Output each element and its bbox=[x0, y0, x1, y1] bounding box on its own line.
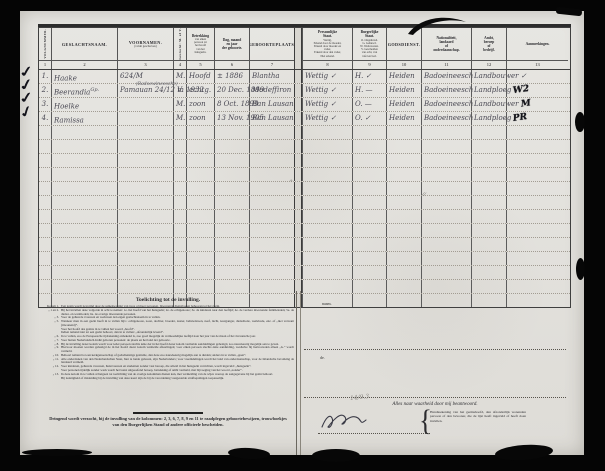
cell-persoonlijke-staat bbox=[302, 266, 352, 279]
col-label: Ambt, beroep of bedrijf. bbox=[483, 36, 494, 53]
card-fold-line bbox=[296, 291, 301, 455]
cell-godsdienst bbox=[386, 196, 421, 209]
cell-voornamen bbox=[117, 154, 173, 167]
col-number: 8 bbox=[303, 60, 352, 69]
cell-persoonlijke-staat bbox=[302, 210, 352, 223]
cell-godsdienst bbox=[386, 154, 421, 167]
cell-geboorteplaats bbox=[249, 196, 294, 209]
cell-nationaliteit bbox=[421, 168, 471, 181]
table-row: 1. Haake 624/M M. Hoofd ± 1886 Blantha W… bbox=[39, 70, 570, 83]
cell-betrekking: Hoofd bbox=[186, 70, 214, 83]
col-sublabel: van elken persoon tot het hoofd van het … bbox=[194, 38, 207, 54]
register-table: VOLGNUMMER. 1 GESLACHTSNAAM. 2 VOORNAMEN… bbox=[38, 27, 571, 308]
col-beroep: Ambt, beroep of bedrijf. 12 bbox=[471, 28, 506, 69]
cell-persoonlijke-staat bbox=[302, 252, 352, 265]
cell-geboorteplaats bbox=[249, 140, 294, 153]
cell-betrekking: echtg. bbox=[186, 84, 214, 97]
cell-geboortedatum bbox=[214, 266, 249, 279]
fold-strip bbox=[294, 168, 302, 181]
col-number: 11 bbox=[422, 60, 471, 69]
table-row bbox=[39, 237, 570, 251]
cell-betrekking bbox=[186, 126, 214, 139]
fold-strip bbox=[294, 252, 302, 265]
cell-aanmerkingen bbox=[506, 294, 568, 307]
cell-geslachtsnaam bbox=[51, 252, 117, 265]
cell-geboorteplaats: Blantha bbox=[249, 70, 294, 83]
col-number: 10 bbox=[387, 60, 421, 69]
fold-strip bbox=[294, 98, 302, 111]
cell-aanmerkingen bbox=[506, 224, 568, 237]
table-row bbox=[39, 251, 570, 265]
cell-nationaliteit bbox=[421, 154, 471, 167]
cell-geslacht: V. bbox=[173, 84, 186, 97]
cell-nationaliteit: Badoeineesch bbox=[421, 70, 471, 83]
scanned-register-card: VOLGNUMMER. 1 GESLACHTSNAAM. 2 VOORNAMEN… bbox=[20, 11, 584, 455]
cell-voornamen bbox=[117, 224, 173, 237]
cell-geboortedatum bbox=[214, 224, 249, 237]
fold-strip bbox=[294, 266, 302, 279]
cell-burgerlijke-staat: O. ✓ bbox=[352, 112, 386, 125]
note-rule bbox=[304, 397, 566, 398]
col-sublabel: O. Ongehuwd. G. Gehuwd. W. Weduwstaat. V… bbox=[360, 39, 379, 58]
table-row bbox=[39, 209, 570, 223]
cell-voornamen bbox=[117, 210, 173, 223]
cell-geboortedatum bbox=[214, 238, 249, 251]
cell-geslacht bbox=[173, 238, 186, 251]
cell-godsdienst bbox=[386, 182, 421, 195]
cell-volgnummer bbox=[39, 140, 51, 153]
col-number: 1 bbox=[39, 60, 51, 69]
signature-note: Handteekening van het gezinshoofd, den a… bbox=[430, 410, 526, 423]
cell-godsdienst bbox=[386, 126, 421, 139]
cell-nationaliteit bbox=[421, 252, 471, 265]
cell-godsdienst bbox=[386, 224, 421, 237]
cell-nationaliteit: Badoeineesch bbox=[421, 112, 471, 125]
cell-geboorteplaats: Ban Lausan bbox=[249, 112, 294, 125]
cell-geslachtsnaam bbox=[51, 168, 117, 181]
cell-geboortedatum bbox=[214, 140, 249, 153]
cell-geboortedatum: ± 1886 bbox=[214, 70, 249, 83]
cell-volgnummer bbox=[39, 196, 51, 209]
cell-volgnummer bbox=[39, 252, 51, 265]
note-label-de: de. bbox=[320, 355, 325, 360]
col-sublabel: en jaar der geboorte. bbox=[222, 42, 242, 50]
table-row bbox=[39, 195, 570, 209]
cell-geslacht bbox=[173, 252, 186, 265]
col-number: 7 bbox=[250, 60, 294, 69]
cell-voornamen bbox=[117, 140, 173, 153]
cell-godsdienst bbox=[386, 252, 421, 265]
cell-volgnummer bbox=[39, 126, 51, 139]
cell-godsdienst bbox=[386, 210, 421, 223]
col-geboortedatum: Dag, maand en jaar der geboorte. 6 bbox=[214, 28, 249, 69]
cell-beroep bbox=[471, 238, 506, 251]
cell-voornamen bbox=[117, 182, 173, 195]
cell-geslacht bbox=[173, 280, 186, 293]
cell-nationaliteit bbox=[421, 126, 471, 139]
cell-burgerlijke-staat: H. — bbox=[352, 84, 386, 97]
cell-persoonlijke-staat bbox=[302, 182, 352, 195]
cell-geboortedatum: 20 Dec. 1899 bbox=[214, 84, 249, 97]
cell-godsdienst bbox=[386, 294, 421, 307]
table-row bbox=[39, 181, 570, 195]
cell-nationaliteit bbox=[421, 140, 471, 153]
cell-beroep bbox=[471, 154, 506, 167]
note-label-naam: naam. bbox=[322, 301, 332, 306]
cell-burgerlijke-staat bbox=[352, 266, 386, 279]
cell-voornamen bbox=[117, 252, 173, 265]
table-row bbox=[39, 139, 570, 153]
cell-nationaliteit bbox=[421, 196, 471, 209]
legend-line-text: Bij nalatigheid of misleiding bij de inv… bbox=[61, 377, 294, 381]
cell-burgerlijke-staat bbox=[352, 224, 386, 237]
cell-geboorteplaats bbox=[249, 126, 294, 139]
cell-godsdienst: Heiden bbox=[386, 112, 421, 125]
cell-aanmerkingen bbox=[506, 154, 568, 167]
cell-volgnummer bbox=[39, 238, 51, 251]
cell-betrekking bbox=[186, 224, 214, 237]
col-number: 3 bbox=[118, 60, 173, 69]
fold-strip bbox=[294, 196, 302, 209]
cell-betrekking bbox=[186, 196, 214, 209]
table-row bbox=[39, 279, 570, 293]
cell-volgnummer bbox=[39, 168, 51, 181]
cell-geslachtsnaam bbox=[51, 140, 117, 153]
cell-geboorteplaats: Ban Lausan bbox=[249, 98, 294, 111]
cell-aanmerkingen bbox=[506, 266, 568, 279]
cell-betrekking bbox=[186, 154, 214, 167]
divider bbox=[133, 412, 203, 414]
col-betrekking: Betrekking van elken persoon tot het hoo… bbox=[186, 28, 214, 69]
cell-geslachtsnaam: BeerandiaGp. bbox=[51, 84, 117, 97]
cell-aanmerkingen bbox=[506, 126, 568, 139]
table-row: 3. Hoelke M. zoon 8 Oct. 1899 Ban Lausan… bbox=[39, 97, 570, 111]
edge-blot bbox=[576, 258, 585, 280]
col-number: 13 bbox=[507, 60, 568, 69]
table-row bbox=[39, 223, 570, 237]
table-row: 4. Ramissa M. zoon 13 Nov. 1905 Ban Laus… bbox=[39, 111, 570, 125]
col-persoonlijke-staat: Persoonlijke Staat. Wettig, Erkend door … bbox=[302, 28, 352, 69]
cell-volgnummer: 1. bbox=[39, 70, 51, 83]
cell-aanmerkingen bbox=[506, 168, 568, 181]
fold-strip bbox=[294, 210, 302, 223]
table-header: VOLGNUMMER. 1 GESLACHTSNAAM. 2 VOORNAMEN… bbox=[39, 28, 570, 70]
cell-geboorteplaats bbox=[249, 182, 294, 195]
cell-persoonlijke-staat bbox=[302, 126, 352, 139]
fold-strip bbox=[294, 140, 302, 153]
cell-betrekking bbox=[186, 280, 214, 293]
col-label: GESLACHTSNAAM. bbox=[62, 42, 107, 47]
col-geslachtsnaam: GESLACHTSNAAM. 2 bbox=[51, 28, 117, 69]
cell-burgerlijke-staat: H. ✓ bbox=[352, 70, 386, 83]
cell-beroep bbox=[471, 182, 506, 195]
cell-betrekking bbox=[186, 210, 214, 223]
cell-geboortedatum bbox=[214, 126, 249, 139]
cell-volgnummer: 2. bbox=[39, 84, 51, 97]
cell-betrekking: zoon bbox=[186, 98, 214, 111]
table-row bbox=[39, 125, 570, 139]
legend-section: Toelichting tot de invulling. Kolom 1.Ee… bbox=[42, 297, 294, 427]
cell-volgnummer bbox=[39, 224, 51, 237]
cell-aanmerkingen bbox=[506, 280, 568, 293]
cell-godsdienst bbox=[386, 140, 421, 153]
cell-persoonlijke-staat bbox=[302, 154, 352, 167]
cell-burgerlijke-staat bbox=[352, 168, 386, 181]
cell-burgerlijke-staat bbox=[352, 238, 386, 251]
cell-geboorteplaats: Modeffiron bbox=[249, 84, 294, 97]
cell-betrekking bbox=[186, 168, 214, 181]
fold-strip bbox=[294, 112, 302, 125]
cell-geboortedatum bbox=[214, 280, 249, 293]
table-row bbox=[39, 153, 570, 167]
signature-scribble bbox=[320, 409, 380, 438]
cell-geslachtsnaam bbox=[51, 224, 117, 237]
legend-title: Toelichting tot de invulling. bbox=[42, 297, 294, 303]
cell-persoonlijke-staat: Wettig ✓ bbox=[302, 70, 352, 83]
cell-aanmerkingen bbox=[506, 182, 568, 195]
cell-burgerlijke-staat bbox=[352, 154, 386, 167]
col-sublabel: (voluit geschreven) bbox=[134, 45, 156, 48]
legend-lines: Kolom 1.Een gezin wordt gevormd door de … bbox=[42, 305, 294, 409]
attestation-text: Alles naar waarheid door mij beantwoord. bbox=[320, 402, 550, 407]
cell-aanmerkingen bbox=[506, 210, 568, 223]
fold-strip bbox=[294, 182, 302, 195]
cell-persoonlijke-staat: Wettig ✓ bbox=[302, 98, 352, 111]
cell-geslachtsnaam: Ramissa bbox=[51, 112, 117, 125]
col-label: GEBOORTEPLAATS. bbox=[250, 42, 294, 47]
cell-geboorteplaats bbox=[249, 224, 294, 237]
cell-geboorteplaats bbox=[249, 154, 294, 167]
cell-geslacht: M. bbox=[173, 112, 186, 125]
cell-geslachtsnaam bbox=[51, 126, 117, 139]
cell-betrekking bbox=[186, 140, 214, 153]
cell-persoonlijke-staat bbox=[302, 224, 352, 237]
cell-persoonlijke-staat: Wettig ✓ bbox=[302, 84, 352, 97]
cell-persoonlijke-staat bbox=[302, 238, 352, 251]
cell-voornamen bbox=[117, 126, 173, 139]
cell-geboortedatum bbox=[214, 252, 249, 265]
cell-beroep bbox=[471, 140, 506, 153]
fold-strip bbox=[294, 224, 302, 237]
fold-strip bbox=[294, 238, 302, 251]
torn-edge bbox=[22, 449, 92, 456]
cell-nationaliteit bbox=[421, 238, 471, 251]
legend-notice: Dringend wordt verzocht, bij de invullin… bbox=[42, 416, 294, 427]
cell-geslacht bbox=[173, 154, 186, 167]
cell-nationaliteit: Badoeineesch bbox=[421, 84, 471, 97]
fold-strip bbox=[294, 28, 302, 69]
cell-aanmerkingen bbox=[506, 140, 568, 153]
cell-beroep: LandbouwerM bbox=[471, 98, 506, 111]
cell-beroep bbox=[471, 210, 506, 223]
cell-aanmerkingen bbox=[506, 84, 568, 97]
cell-geslachtsnaam bbox=[51, 210, 117, 223]
cell-godsdienst: Heiden bbox=[386, 84, 421, 97]
cell-volgnummer bbox=[39, 182, 51, 195]
col-label: Aanmerkingen. bbox=[526, 42, 550, 46]
cell-persoonlijke-staat bbox=[302, 168, 352, 181]
cell-geslacht bbox=[173, 168, 186, 181]
cell-aanmerkingen bbox=[506, 238, 568, 251]
cell-aanmerkingen bbox=[506, 98, 568, 111]
col-aanmerkingen: Aanmerkingen. 13 bbox=[506, 28, 568, 69]
cell-geslacht bbox=[173, 196, 186, 209]
cell-burgerlijke-staat bbox=[352, 294, 386, 307]
cell-geslacht bbox=[173, 126, 186, 139]
cell-volgnummer: 4. bbox=[39, 112, 51, 125]
cell-persoonlijke-staat bbox=[302, 280, 352, 293]
ink-flourish bbox=[406, 14, 470, 41]
cell-godsdienst: Heiden bbox=[386, 98, 421, 111]
cell-persoonlijke-staat bbox=[302, 196, 352, 209]
cell-nationaliteit bbox=[421, 294, 471, 307]
cell-geboorteplaats bbox=[249, 168, 294, 181]
cell-geboortedatum: 13 Nov. 1905 bbox=[214, 112, 249, 125]
cell-voornamen bbox=[117, 196, 173, 209]
cell-betrekking bbox=[186, 252, 214, 265]
col-number: 2 bbox=[52, 60, 117, 69]
fold-strip bbox=[294, 84, 302, 97]
cell-godsdienst bbox=[386, 266, 421, 279]
cell-godsdienst bbox=[386, 238, 421, 251]
cell-beroep: LandploegPR bbox=[471, 112, 506, 125]
cell-voornamen bbox=[117, 98, 173, 111]
col-number: 6 bbox=[215, 60, 249, 69]
table-row: 2. BeerandiaGp. Pamauan 24/12 m 1932(Bad… bbox=[39, 83, 570, 97]
cell-volgnummer bbox=[39, 210, 51, 223]
cell-betrekking bbox=[186, 238, 214, 251]
cell-burgerlijke-staat bbox=[352, 210, 386, 223]
cell-burgerlijke-staat bbox=[352, 196, 386, 209]
cell-voornamen bbox=[117, 112, 173, 125]
cell-geboorteplaats bbox=[249, 266, 294, 279]
cell-beroep bbox=[471, 224, 506, 237]
cell-burgerlijke-staat bbox=[352, 140, 386, 153]
col-geslacht: Geslacht: M. of V. 4 bbox=[173, 28, 186, 69]
cell-geboortedatum bbox=[214, 196, 249, 209]
cell-beroep bbox=[471, 252, 506, 265]
cell-geslachtsnaam bbox=[51, 280, 117, 293]
cell-volgnummer bbox=[39, 280, 51, 293]
col-sublabel: Wettig, Erkend door de moeder, Erkend do… bbox=[314, 39, 342, 58]
torn-edge bbox=[312, 449, 360, 462]
cell-geslacht bbox=[173, 210, 186, 223]
cell-geboorteplaats bbox=[249, 280, 294, 293]
cell-geslacht: M. bbox=[173, 98, 186, 111]
cell-beroep bbox=[471, 126, 506, 139]
legend-line: Bij nalatigheid of misleiding bij de inv… bbox=[42, 377, 294, 381]
cell-geslacht bbox=[173, 140, 186, 153]
cell-geslacht bbox=[173, 224, 186, 237]
cell-geboorteplaats bbox=[249, 238, 294, 251]
col-label: GODSDIENST. bbox=[388, 42, 421, 47]
cell-burgerlijke-staat bbox=[352, 280, 386, 293]
pencil-note: 14/9.3 bbox=[350, 393, 370, 402]
cell-voornamen bbox=[117, 266, 173, 279]
col-number: 9 bbox=[353, 60, 386, 69]
cell-aanmerkingen bbox=[506, 70, 568, 83]
note-rule bbox=[304, 349, 566, 350]
fold-strip bbox=[294, 70, 302, 83]
cell-geslachtsnaam bbox=[51, 154, 117, 167]
cell-nationaliteit bbox=[421, 280, 471, 293]
cell-nationaliteit: Badoeineesch bbox=[421, 98, 471, 111]
cell-geslachtsnaam bbox=[51, 196, 117, 209]
cell-geslachtsnaam: Hoelke bbox=[51, 98, 117, 111]
cell-betrekking bbox=[186, 266, 214, 279]
cell-nationaliteit bbox=[421, 266, 471, 279]
table-row bbox=[39, 265, 570, 279]
cell-geslacht bbox=[173, 266, 186, 279]
cell-burgerlijke-staat bbox=[352, 252, 386, 265]
table-rows: 1. Haake 624/M M. Hoofd ± 1886 Blantha W… bbox=[39, 70, 570, 307]
cell-geboortedatum bbox=[214, 182, 249, 195]
col-geboorteplaats: GEBOORTEPLAATS. 7 bbox=[249, 28, 294, 69]
cell-volgnummer: 3. bbox=[39, 98, 51, 111]
cell-geboortedatum bbox=[214, 154, 249, 167]
cell-beroep bbox=[471, 280, 506, 293]
cell-volgnummer bbox=[39, 266, 51, 279]
cell-geslachtsnaam bbox=[51, 182, 117, 195]
table-row bbox=[39, 167, 570, 181]
cell-burgerlijke-staat bbox=[352, 182, 386, 195]
cell-geslachtsnaam bbox=[51, 266, 117, 279]
cell-nationaliteit bbox=[421, 210, 471, 223]
legend-line-number bbox=[42, 377, 61, 381]
cell-beroep bbox=[471, 266, 506, 279]
col-volgnummer: VOLGNUMMER. 1 bbox=[39, 28, 51, 69]
cell-burgerlijke-staat bbox=[352, 126, 386, 139]
cell-voornamen bbox=[117, 168, 173, 181]
cell-geboortedatum bbox=[214, 210, 249, 223]
cell-beroep: Landbouwer ✓ bbox=[471, 70, 506, 83]
cell-nationaliteit bbox=[421, 182, 471, 195]
cell-godsdienst bbox=[386, 168, 421, 181]
cell-aanmerkingen bbox=[506, 252, 568, 265]
cell-nationaliteit bbox=[421, 224, 471, 237]
cell-beroep bbox=[471, 196, 506, 209]
cell-voornamen bbox=[117, 280, 173, 293]
cell-aanmerkingen bbox=[506, 196, 568, 209]
cell-betrekking bbox=[186, 182, 214, 195]
cell-persoonlijke-staat bbox=[302, 140, 352, 153]
col-label: Geslacht: M. of V. bbox=[178, 28, 182, 60]
cell-geboortedatum: 8 Oct. 1899 bbox=[214, 98, 249, 111]
checkmark-ink: ✓ bbox=[17, 102, 37, 123]
cell-godsdienst: Heiden bbox=[386, 70, 421, 83]
col-label: VOLGNUMMER. bbox=[43, 29, 47, 59]
col-number: 4 bbox=[174, 60, 186, 69]
fold-strip bbox=[294, 154, 302, 167]
cell-aanmerkingen bbox=[506, 112, 568, 125]
edge-blot bbox=[575, 112, 585, 132]
cell-geboorteplaats bbox=[249, 210, 294, 223]
cell-godsdienst bbox=[386, 280, 421, 293]
col-voornamen: VOORNAMEN. (voluit geschreven) 3 bbox=[117, 28, 173, 69]
col-number: 5 bbox=[187, 60, 214, 69]
cell-voornamen bbox=[117, 238, 173, 251]
legend-line-number: „ 5. bbox=[42, 320, 61, 328]
cell-beroep bbox=[471, 168, 506, 181]
cell-geslacht bbox=[173, 182, 186, 195]
cell-beroep bbox=[471, 294, 506, 307]
fold-strip bbox=[294, 126, 302, 139]
cell-voornamen: Pamauan 24/12 m 1932(Badoewineesche) bbox=[117, 84, 173, 97]
ink-mark: + bbox=[289, 179, 293, 185]
col-number: 12 bbox=[472, 60, 506, 69]
cell-geslachtsnaam: Haake bbox=[51, 70, 117, 83]
cell-beroep: LandploegW2 bbox=[471, 84, 506, 97]
